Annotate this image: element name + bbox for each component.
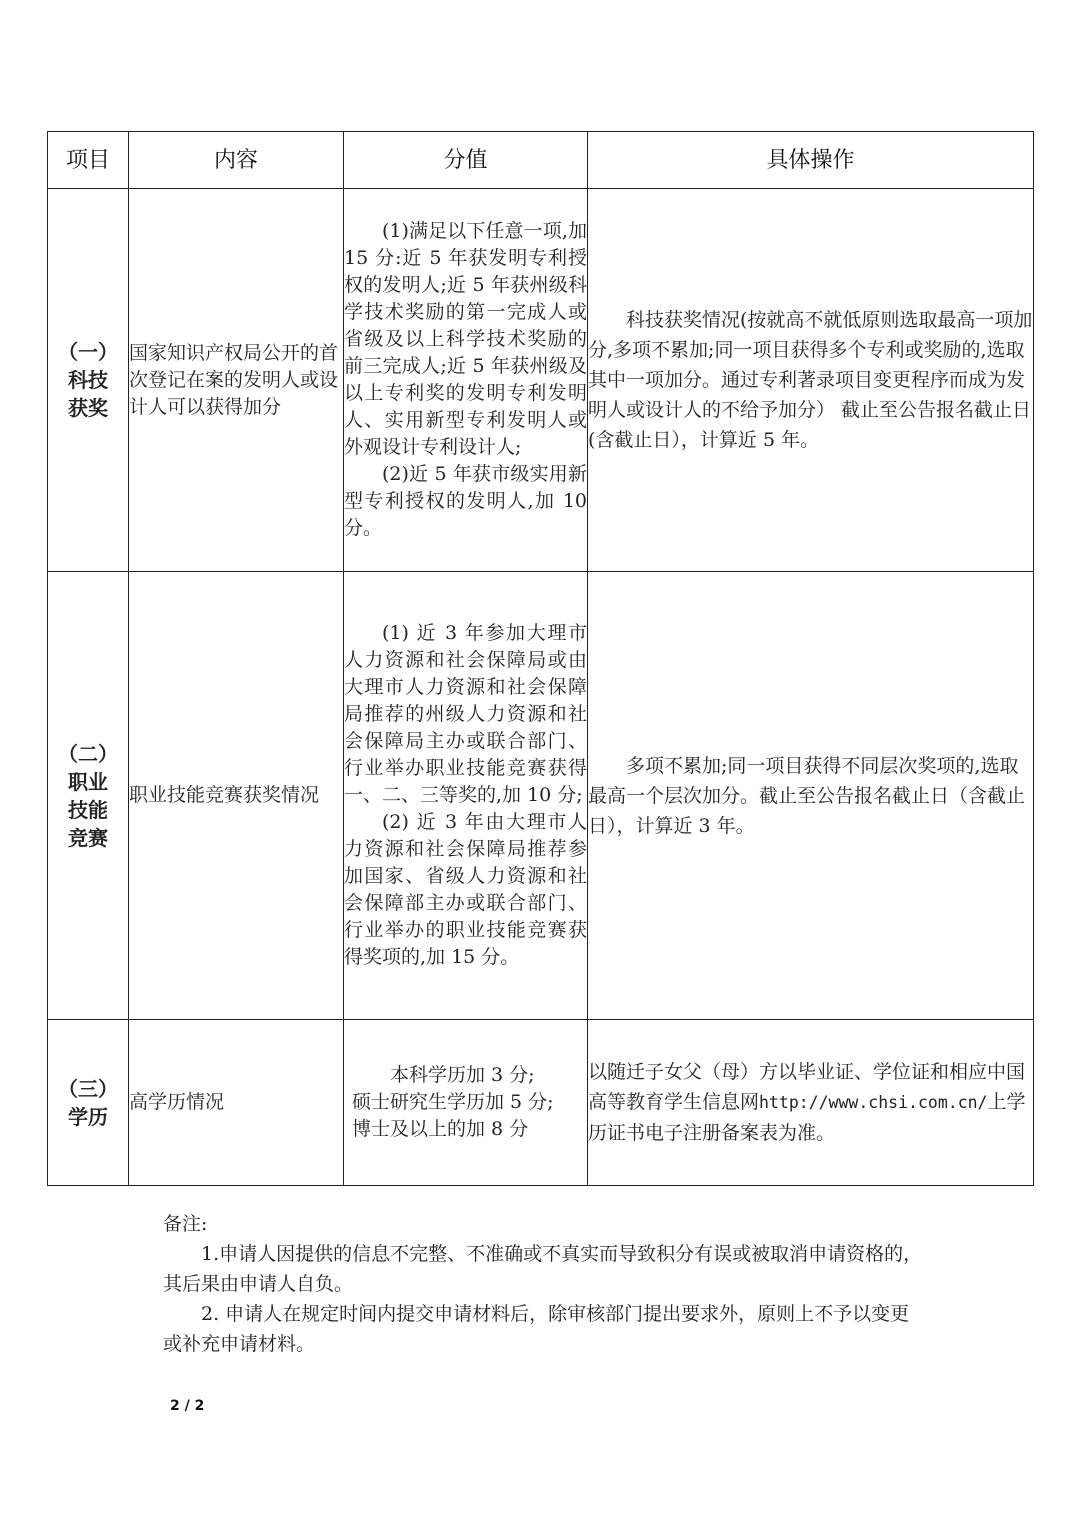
item-label-line: 科技 bbox=[48, 366, 128, 394]
item-label-line: 职业 bbox=[48, 768, 128, 796]
item-number: （三） bbox=[48, 1075, 128, 1103]
notes-title: 备注: bbox=[163, 1209, 923, 1239]
operation-cell: 以随迁子女父（母）方以毕业证、学位证和相应中国高等教育学生信息网http://w… bbox=[588, 1020, 1034, 1186]
content-cell: 高学历情况 bbox=[129, 1020, 344, 1186]
operation-paragraph: 以随迁子女父（母）方以毕业证、学位证和相应中国高等教育学生信息网http://w… bbox=[588, 1057, 1033, 1148]
item-cell: （一） 科技 获奖 bbox=[48, 189, 129, 572]
item-number: （一） bbox=[48, 338, 128, 366]
header-score: 分值 bbox=[344, 132, 588, 189]
operation-paragraph: 科技获奖情况(按就高不就低原则选取最高一项加分,多项不累加;同一项目获得多个专利… bbox=[588, 305, 1033, 455]
chsi-link[interactable]: http://www.chsi.com.cn/ bbox=[759, 1093, 987, 1112]
item-label-line: 技能 bbox=[48, 796, 128, 824]
note-item: 1.申请人因提供的信息不完整、不准确或不真实而导致积分有误或被取消申请资格的，其… bbox=[163, 1239, 923, 1299]
scoring-table: 项目 内容 分值 具体操作 （一） 科技 获奖 国家知识产权局公开的首次登记在案… bbox=[47, 131, 1034, 1186]
score-paragraph: (1) 近 3 年参加大理市人力资源和社会保障局或由大理市人力资源和社会保障局推… bbox=[344, 620, 587, 809]
operation-cell: 科技获奖情况(按就高不就低原则选取最高一项加分,多项不累加;同一项目获得多个专利… bbox=[588, 189, 1034, 572]
header-operation: 具体操作 bbox=[588, 132, 1034, 189]
table-row: （三） 学历 高学历情况 本科学历加 3 分; 硕士研究生学历加 5 分; 博士… bbox=[48, 1020, 1034, 1186]
document-page: 项目 内容 分值 具体操作 （一） 科技 获奖 国家知识产权局公开的首次登记在案… bbox=[0, 0, 1080, 1527]
content-cell: 职业技能竞赛获奖情况 bbox=[129, 572, 344, 1020]
operation-paragraph: 多项不累加;同一项目获得不同层次奖项的,选取最高一个层次加分。截止至公告报名截止… bbox=[588, 751, 1033, 841]
score-cell: (1)满足以下任意一项,加 15 分:近 5 年获发明专利授权的发明人;近 5 … bbox=[344, 189, 588, 572]
score-paragraph: (2)近 5 年获市级实用新型专利授权的发明人,加 10 分。 bbox=[344, 461, 587, 542]
table-header-row: 项目 内容 分值 具体操作 bbox=[48, 132, 1034, 189]
score-paragraph: 本科学历加 3 分; bbox=[352, 1062, 587, 1089]
table-row: （一） 科技 获奖 国家知识产权局公开的首次登记在案的发明人或设计人可以获得加分… bbox=[48, 189, 1034, 572]
notes-section: 备注: 1.申请人因提供的信息不完整、不准确或不真实而导致积分有误或被取消申请资… bbox=[163, 1209, 923, 1359]
score-cell: 本科学历加 3 分; 硕士研究生学历加 5 分; 博士及以上的加 8 分 bbox=[344, 1020, 588, 1186]
score-paragraph: 硕士研究生学历加 5 分; bbox=[352, 1089, 587, 1116]
header-item: 项目 bbox=[48, 132, 129, 189]
item-label-line: 竞赛 bbox=[48, 824, 128, 852]
page-indicator: 2 / 2 bbox=[170, 1398, 204, 1414]
score-paragraph: (1)满足以下任意一项,加 15 分:近 5 年获发明专利授权的发明人;近 5 … bbox=[344, 218, 587, 461]
item-label-line: 学历 bbox=[48, 1103, 128, 1131]
item-cell: （二） 职业 技能 竞赛 bbox=[48, 572, 129, 1020]
score-paragraph: (2) 近 3 年由大理市人力资源和社会保障局推荐参加国家、省级人力资源和社会保… bbox=[344, 809, 587, 971]
operation-cell: 多项不累加;同一项目获得不同层次奖项的,选取最高一个层次加分。截止至公告报名截止… bbox=[588, 572, 1034, 1020]
content-cell: 国家知识产权局公开的首次登记在案的发明人或设计人可以获得加分 bbox=[129, 189, 344, 572]
table-row: （二） 职业 技能 竞赛 职业技能竞赛获奖情况 (1) 近 3 年参加大理市人力… bbox=[48, 572, 1034, 1020]
item-number: （二） bbox=[48, 740, 128, 768]
item-cell: （三） 学历 bbox=[48, 1020, 129, 1186]
header-content: 内容 bbox=[129, 132, 344, 189]
note-item: 2. 申请人在规定时间内提交申请材料后，除审核部门提出要求外，原则上不予以变更或… bbox=[163, 1299, 923, 1359]
score-cell: (1) 近 3 年参加大理市人力资源和社会保障局或由大理市人力资源和社会保障局推… bbox=[344, 572, 588, 1020]
item-label-line: 获奖 bbox=[48, 394, 128, 422]
score-paragraph: 博士及以上的加 8 分 bbox=[352, 1116, 587, 1143]
